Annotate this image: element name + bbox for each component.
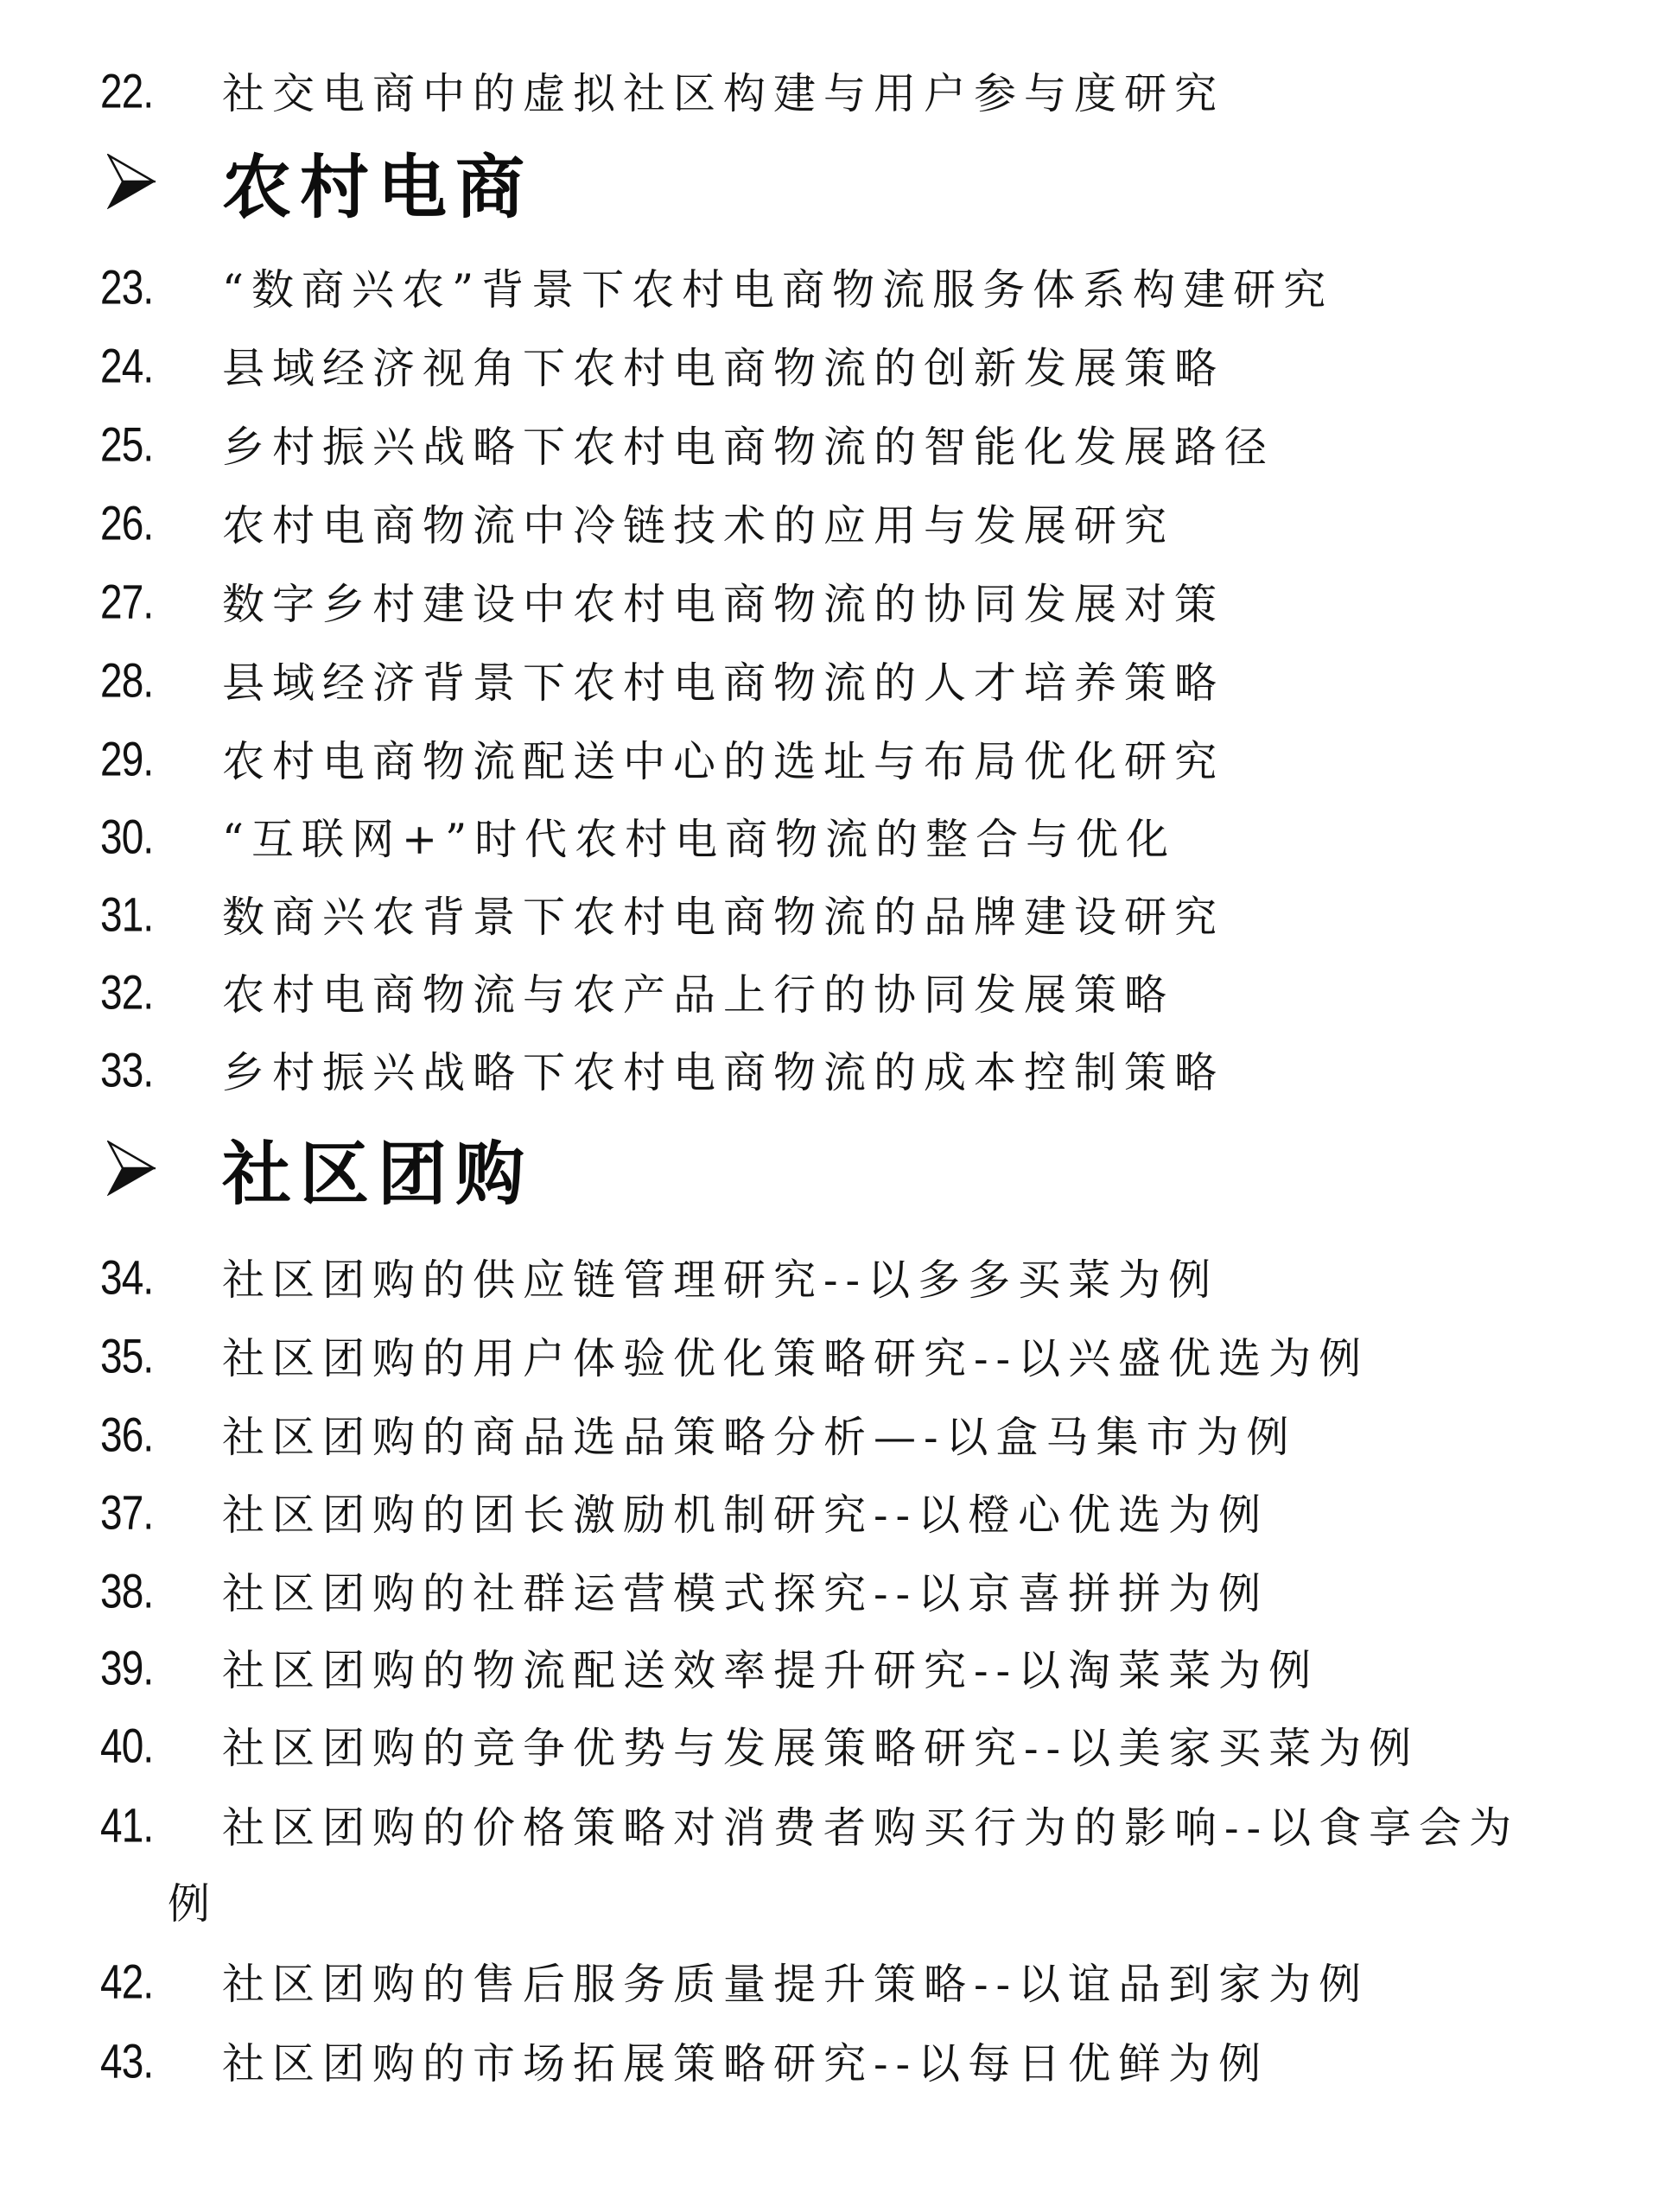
- item-number: 30.: [100, 809, 153, 865]
- item-title: 数商兴农背景下农村电商物流的品牌建设研究: [222, 884, 1224, 944]
- item-title: 社区团购的商品选品策略分析—-以盒马集市为例: [222, 1404, 1297, 1465]
- item-title: “互联网+”时代农村电商物流的整合与优化: [222, 806, 1176, 867]
- item-title: 社区团购的竞争优势与发展策略研究--以美家买菜为例: [222, 1715, 1419, 1776]
- item-number: 29.: [100, 731, 153, 787]
- item-title: 社区团购的团长激励机制研究--以橙心优选为例: [222, 1482, 1268, 1542]
- item-number: 39.: [100, 1640, 153, 1696]
- section-heading-text: 农村电商: [222, 132, 533, 232]
- section-heading-text: 社区团购: [222, 1119, 533, 1218]
- item-title: 农村电商物流中冷链技术的应用与发展研究: [222, 493, 1174, 553]
- item-title: 县域经济视角下农村电商物流的创新发展策略: [222, 335, 1224, 396]
- item-number: 31.: [100, 887, 153, 943]
- item-title: 社交电商中的虚拟社区构建与用户参与度研究: [222, 60, 1224, 121]
- item-number: 26.: [100, 495, 153, 551]
- item-number: 22.: [100, 63, 153, 119]
- item-title: 社区团购的售后服务质量提升策略--以谊品到家为例: [222, 1951, 1369, 2012]
- item-number: 43.: [100, 2033, 153, 2089]
- item-title: 社区团购的物流配送效率提升研究--以淘菜菜为例: [222, 1637, 1319, 1698]
- item-title: 乡村振兴战略下农村电商物流的成本控制策略: [222, 1039, 1224, 1100]
- item-number: 33.: [100, 1042, 153, 1098]
- arrowhead-bullet-icon: [107, 1141, 156, 1196]
- item-title: 社区团购的供应链管理研究--以多多买菜为例: [222, 1247, 1218, 1307]
- item-number: 27.: [100, 574, 153, 630]
- item-number: 35.: [100, 1328, 153, 1384]
- item-title: 农村电商物流配送中心的选址与布局优化研究: [222, 728, 1224, 789]
- item-number: 41.: [100, 1797, 153, 1853]
- item-number: 23.: [100, 259, 153, 315]
- item-title: 县域经济背景下农村电商物流的人才培养策略: [222, 650, 1224, 710]
- item-title: 社区团购的市场拓展策略研究--以每日优鲜为例: [222, 2031, 1268, 2091]
- item-title: 社区团购的社群运营模式探究--以京喜拼拼为例: [222, 1560, 1268, 1621]
- item-number: 36.: [100, 1407, 153, 1463]
- item-number: 42.: [100, 1954, 153, 2010]
- item-title: “数商兴农”背景下农村电商物流服务体系构建研究: [222, 257, 1333, 317]
- item-number: 28.: [100, 652, 153, 709]
- item-number: 25.: [100, 416, 153, 473]
- item-number: 24.: [100, 338, 153, 394]
- item-number: 38.: [100, 1563, 153, 1619]
- item-title: 农村电商物流与农产品上行的协同发展策略: [222, 962, 1174, 1022]
- item-number: 37.: [100, 1484, 153, 1541]
- item-title: 乡村振兴战略下农村电商物流的智能化发展路径: [222, 414, 1274, 474]
- item-number: 32.: [100, 964, 153, 1020]
- item-title-continuation: 例: [168, 1871, 210, 1931]
- item-title: 社区团购的用户体验优化策略研究--以兴盛优选为例: [222, 1325, 1369, 1386]
- item-title: 数字乡村建设中农村电商物流的协同发展对策: [222, 571, 1224, 632]
- arrowhead-bullet-icon: [107, 154, 156, 209]
- item-number: 34.: [100, 1249, 153, 1306]
- item-title: 社区团购的价格策略对消费者购买行为的影响--以食享会为: [222, 1795, 1519, 1855]
- item-number: 40.: [100, 1718, 153, 1774]
